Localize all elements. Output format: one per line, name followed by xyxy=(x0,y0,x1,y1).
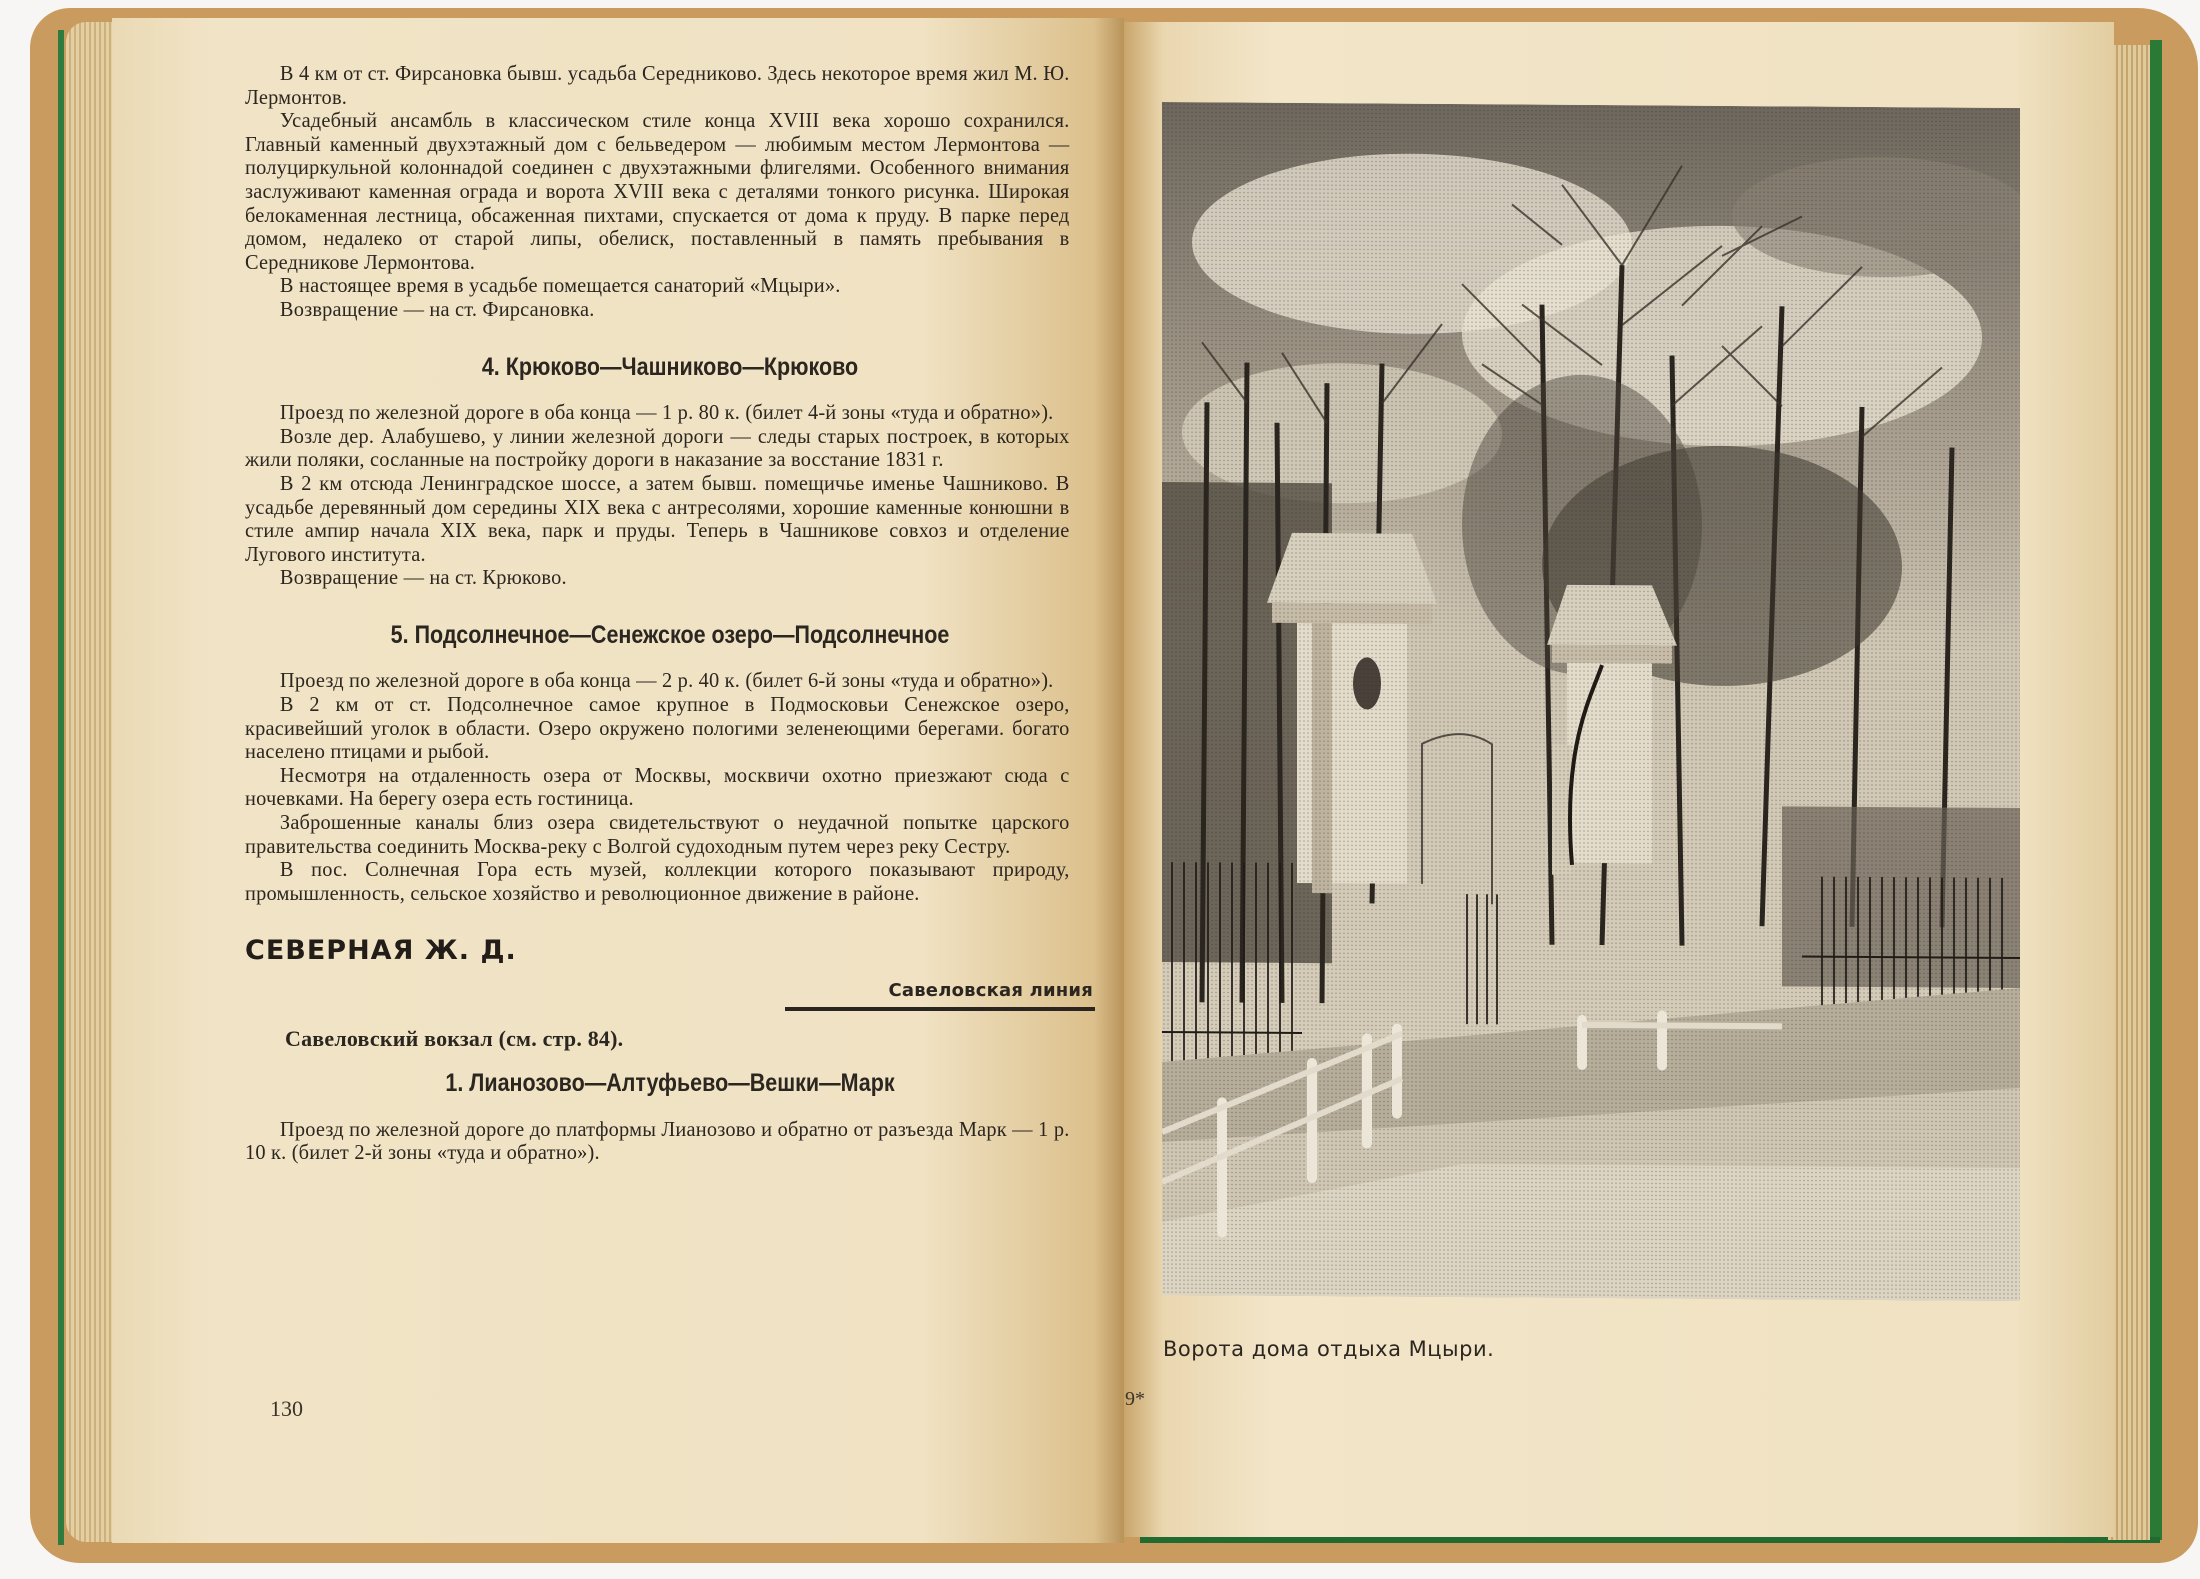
section-heading-route-5: 5. Подсолнечное—Сенежское озеро—Подсолне… xyxy=(305,624,1036,648)
paragraph: Возвращение — на ст. Фирсановка. xyxy=(245,298,1070,322)
paragraph: В пос. Солнечная Гора есть музей, коллек… xyxy=(245,858,1070,905)
photo-caption: Ворота дома отдыха Мцыри. xyxy=(1163,1337,1494,1361)
gate-photograph xyxy=(1162,102,2020,1301)
section-heading-route-4: 4. Крюково—Чашниково—Крюково xyxy=(305,356,1036,380)
paragraph: В настоящее время в усадьбе помещается с… xyxy=(245,274,1070,298)
cover-edge-bottom xyxy=(1140,1537,2160,1543)
paragraph: В 2 км отсюда Ленинградское шоссе, а зат… xyxy=(245,472,1070,566)
paragraph: В 4 км от ст. Фирсановка бывш. усадьба С… xyxy=(245,62,1070,109)
section-heading-route-1: 1. Лианозово—Алтуфьево—Вешки—Марк xyxy=(305,1072,1036,1096)
paragraph: Проезд по железной дороге в оба конца — … xyxy=(245,669,1070,693)
line-label: Савеловская линия xyxy=(245,979,1095,1003)
paragraph: Усадебный ансамбль в классическом стиле … xyxy=(245,109,1070,274)
railway-heading: СЕВЕРНАЯ Ж. Д. xyxy=(245,939,1095,963)
paragraph: Заброшенные каналы близ озера свидетельс… xyxy=(245,811,1070,858)
paragraph: Проезд по железной дороге в оба конца — … xyxy=(245,401,1070,425)
left-page-text-column: В 4 км от ст. Фирсановка бывш. усадьба С… xyxy=(245,62,1095,1165)
station-note: Савеловский вокзал (см. стр. 84). xyxy=(245,1027,1095,1051)
paragraph: Проезд по железной дороге до платформы Л… xyxy=(245,1118,1070,1165)
cover-edge-left xyxy=(58,30,64,1545)
page-edges-right xyxy=(2108,45,2150,1540)
page-number: 130 xyxy=(270,1396,303,1422)
paragraph: В 2 км от ст. Подсолнечное самое крупное… xyxy=(245,693,1070,764)
line-label-rule xyxy=(785,1007,1095,1011)
signature-mark: 9* xyxy=(1125,1388,1145,1411)
paragraph: Возвращение — на ст. Крюково. xyxy=(245,566,1070,590)
paragraph: Возле дер. Алабушево, у линии железной д… xyxy=(245,425,1070,472)
page-edges-left xyxy=(66,22,116,1542)
paragraph: Несмотря на отдаленность озера от Москвы… xyxy=(245,764,1070,811)
cover-edge-right xyxy=(2150,40,2162,1540)
